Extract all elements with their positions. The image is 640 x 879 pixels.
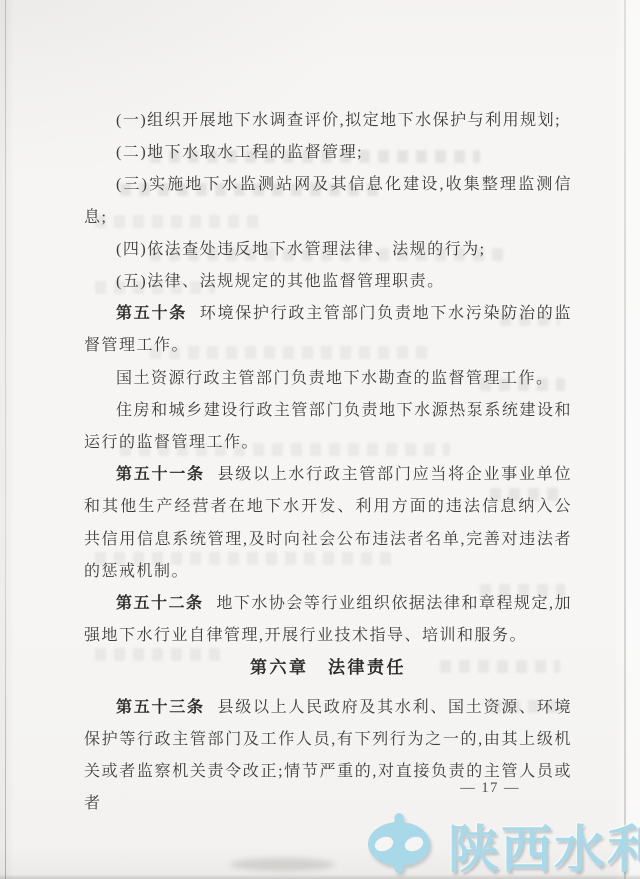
article-number: 第五十三条 <box>116 699 205 716</box>
paragraph: 国土资源行政主管部门负责地下水勘查的监督管理工作。 <box>84 363 572 395</box>
paragraph: 第五十二条地下水协会等行业组织依据法律和章程规定,加强地下水行业自律管理,开展行… <box>84 588 572 652</box>
paragraph: 第五十一条县级以上水行政主管部门应当将企业事业单位和其他生产经营者在地下水开发、… <box>84 459 572 588</box>
scanned-page: (一)组织开展地下水调查评价,拟定地下水保护与利用规划; (二)地下水取水工程的… <box>0 0 640 879</box>
paragraph-text: (三)实施地下水监测站网及其信息化建设,收集整理监测信息; <box>84 176 572 225</box>
shaanxi-water-logo-icon <box>366 811 432 879</box>
watermark-text: 陕西水利 <box>448 808 640 879</box>
document-body: (一)组织开展地下水调查评价,拟定地下水保护与利用规划; (二)地下水取水工程的… <box>84 105 572 820</box>
chapter-heading: 第六章 法律责任 <box>84 652 572 684</box>
article-number: 第五十二条 <box>116 595 204 612</box>
page-edge-left <box>5 0 6 879</box>
journal-watermark: 陕西水利 <box>366 812 640 878</box>
paragraph-text: 县级以上水行政主管部门应当将企业事业单位和其他生产经营者在地下水开发、利用方面的… <box>84 466 572 580</box>
paragraph-text: 国土资源行政主管部门负责地下水勘查的监督管理工作。 <box>116 370 554 387</box>
paragraph-text: (二)地下水取水工程的监督管理; <box>116 144 363 161</box>
paragraph-text: (一)组织开展地下水调查评价,拟定地下水保护与利用规划; <box>116 112 561 129</box>
paragraph: (一)组织开展地下水调查评价,拟定地下水保护与利用规划; <box>84 105 572 137</box>
paragraph: 住房和城乡建设行政主管部门负责地下水源热泵系统建设和运行的监督管理工作。 <box>84 395 572 459</box>
paragraph: (五)法律、法规规定的其他监督管理职责。 <box>84 266 572 298</box>
article-number: 第五十条 <box>116 305 187 322</box>
scan-shadow-blot <box>230 858 335 871</box>
paragraph: 第五十三条县级以上人民政府及其水利、国土资源、环境保护等行政主管部门及工作人员,… <box>84 692 572 821</box>
paragraph: (三)实施地下水监测站网及其信息化建设,收集整理监测信息; <box>84 169 572 233</box>
paragraph-text: (四)依法查处违反地下水管理法律、法规的行为; <box>116 241 486 258</box>
paragraph-text: 住房和城乡建设行政主管部门负责地下水源热泵系统建设和运行的监督管理工作。 <box>84 402 572 451</box>
paragraph-text: (五)法律、法规规定的其他监督管理职责。 <box>116 273 445 290</box>
paragraph: (四)依法查处违反地下水管理法律、法规的行为; <box>84 234 572 266</box>
paragraph: (二)地下水取水工程的监督管理; <box>84 137 572 169</box>
article-number: 第五十一条 <box>116 466 205 483</box>
page-edge-right <box>624 0 626 879</box>
page-number: — 17 — <box>460 780 520 797</box>
paragraph: 第五十条环境保护行政主管部门负责地下水污染防治的监督管理工作。 <box>84 298 572 362</box>
